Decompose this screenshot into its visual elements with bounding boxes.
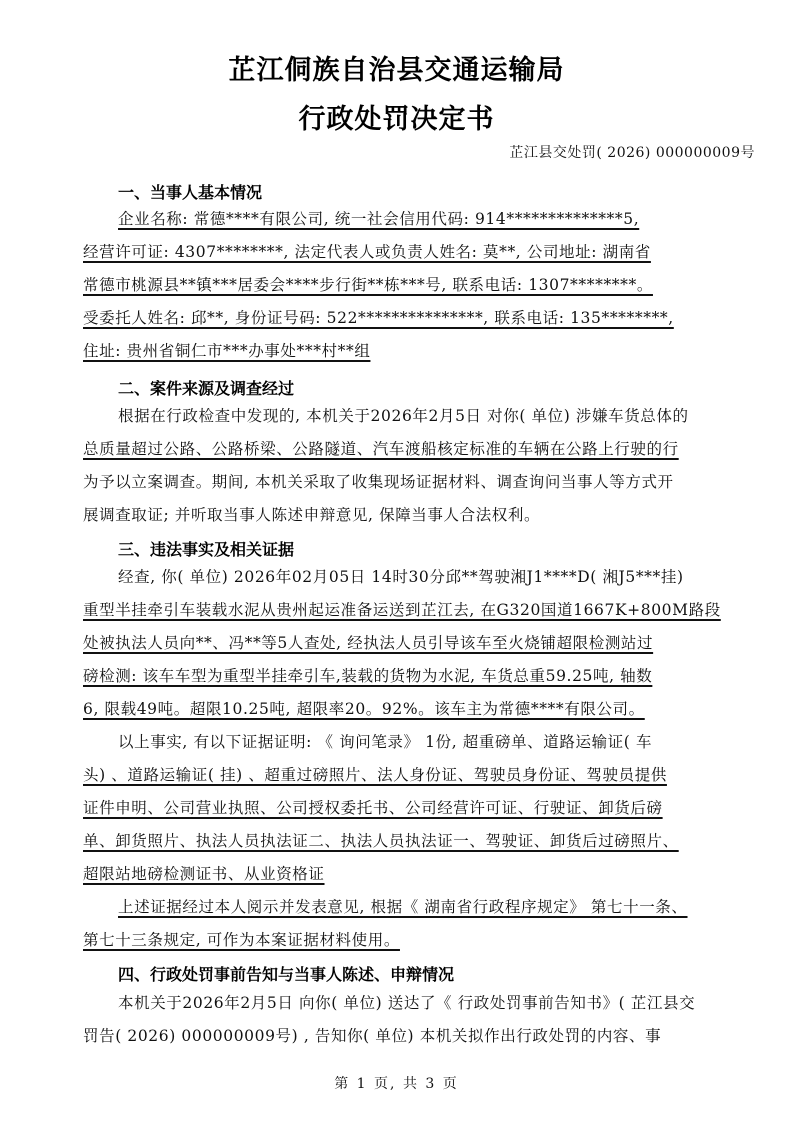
section-heading-2: 二、案件来源及调查经过 <box>118 376 294 399</box>
party-line-4: 受委托人姓名: 邱**, 身份证号码: 522***************, … <box>83 308 674 328</box>
section-heading-3: 三、违法事实及相关证据 <box>118 537 294 560</box>
notice-line-1: 本机关于2026年2月5日 向你( 单位) 送达了《 行政处罚事前告知书》( 芷… <box>118 993 695 1013</box>
evidence-review-line-2: 第七十三条规定, 可作为本案证据材料使用。 <box>83 930 400 950</box>
source-line-3: 为予以立案调查。期间, 本机关采取了收集现场证据材料、调查询问当事人等方式开 <box>83 472 674 492</box>
document-type-title: 行政处罚决定书 <box>0 97 793 136</box>
page-number: 第 1 页, 共 3 页 <box>0 1073 793 1093</box>
evidence-line-4: 单、卸货照片、执法人员执法证二、执法人员执法证一、驾驶证、卸货后过磅照片、 <box>83 831 679 851</box>
facts-line-4: 磅检测: 该车车型为重型半挂牵引车,装载的货物为水泥, 车货总重59.25吨, … <box>83 666 652 686</box>
evidence-line-1: 以上事实, 有以下证据证明: 《 询问笔录》 1份, 超重磅单、道路运输证( 车 <box>118 732 652 752</box>
facts-line-1: 经查, 你( 单位) 2026年02月05日 14时30分邱**驾驶湘J1***… <box>118 567 684 587</box>
source-line-4: 展调查取证; 并听取当事人陈述申辩意见, 保障当事人合法权利。 <box>83 505 540 525</box>
party-line-5: 住址: 贵州省铜仁市***办事处***村**组 <box>83 341 370 361</box>
section-heading-1: 一、当事人基本情况 <box>118 180 262 203</box>
facts-line-2: 重型半挂牵引车装载水泥从贵州起运准备运送到芷江去, 在G320国道1667K+8… <box>83 600 721 620</box>
section-heading-4: 四、行政处罚事前告知与当事人陈述、申辩情况 <box>118 962 454 985</box>
document-number: 芷江县交处罚( 2026) 000000009号 <box>509 142 755 162</box>
evidence-review-line-1: 上述证据经过本人阅示并发表意见, 根据《 湖南省行政程序规定》 第七十一条、 <box>118 897 688 917</box>
evidence-line-5: 超限站地磅检测证书、从业资格证 <box>83 864 325 884</box>
party-line-1: 企业名称: 常德****有限公司, 统一社会信用代码: 914*********… <box>118 209 639 229</box>
facts-line-3: 处被执法人员向**、冯**等5人查处, 经执法人员引导该车至火烧铺超限检测站过 <box>83 633 653 653</box>
source-line-2: 总质量超过公路、公路桥梁、公路隧道、汽车渡船核定标准的车辆在公路上行驶的行 <box>83 439 679 459</box>
party-line-2: 经营许可证: 4307********, 法定代表人或负责人姓名: 莫**, 公… <box>83 242 651 262</box>
source-line-1: 根据在行政检查中发现的, 本机关于2026年2月5日 对你( 单位) 涉嫌车货总… <box>118 406 689 426</box>
party-line-3: 常德市桃源县**镇***居委会****步行街**栋***号, 联系电话: 130… <box>83 275 653 295</box>
notice-line-2: 罚告( 2026) 000000009号) , 告知你( 单位) 本机关拟作出行… <box>83 1026 661 1046</box>
agency-title: 芷江侗族自治县交通运输局 <box>0 48 793 87</box>
facts-line-5: 6, 限载49吨。超限10.25吨, 超限率20。92%。该车主为常德****有… <box>83 699 645 719</box>
evidence-line-3: 证件申明、公司营业执照、公司授权委托书、公司经营许可证、行驶证、卸货后磅 <box>83 798 663 818</box>
evidence-line-2: 头) 、道路运输证( 挂) 、超重过磅照片、法人身份证、驾驶员身份证、驾驶员提供 <box>83 765 667 785</box>
